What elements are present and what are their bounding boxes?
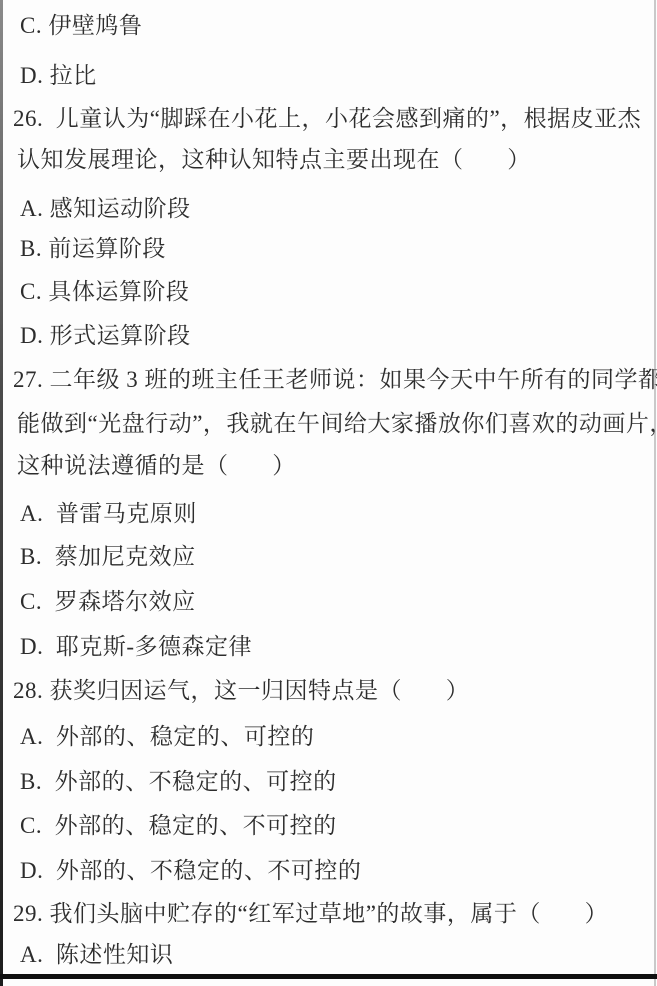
q27-stem-line2: 能做到“光盘行动”，我就在午间给大家播放你们喜欢的动画片，	[17, 410, 657, 437]
q29-option-a: A. 陈述性知识	[20, 941, 173, 968]
q28-stem: 28. 获奖归因运气，这一归因特点是（ ）	[13, 677, 469, 704]
q28-option-b: B. 外部的、不稳定的、可控的	[20, 768, 337, 795]
q27-stem-line1: 27. 二年级 3 班的班主任王老师说：如果今天中午所有的同学都	[13, 366, 657, 393]
prev-question-option-d: D. 拉比	[20, 62, 97, 89]
prev-question-option-c: C. 伊壁鸠鲁	[20, 12, 142, 39]
q26-option-d: D. 形式运算阶段	[20, 322, 191, 349]
q26-option-b: B. 前运算阶段	[20, 235, 166, 262]
scan-left-edge	[0, 0, 3, 986]
q26-stem-line2: 认知发展理论，这种认知特点主要出现在（ ）	[17, 146, 531, 173]
q27-option-a: A. 普雷马克原则	[20, 500, 197, 527]
scan-right-edge	[654, 0, 656, 986]
page-bottom-rule	[0, 974, 657, 979]
q28-option-a: A. 外部的、稳定的、可控的	[20, 723, 314, 750]
q28-option-d: D. 外部的、不稳定的、不可控的	[20, 857, 361, 884]
q27-option-c: C. 罗森塔尔效应	[20, 588, 196, 615]
q26-option-a: A. 感知运动阶段	[20, 195, 191, 222]
scanned-exam-page: C. 伊壁鸠鲁 D. 拉比 26. 儿童认为“脚踩在小花上，小花会感到痛的”，根…	[0, 0, 657, 986]
q26-stem-line1: 26. 儿童认为“脚踩在小花上，小花会感到痛的”，根据皮亚杰	[13, 105, 641, 132]
q27-stem-line3: 这种说法遵循的是（ ）	[17, 452, 296, 479]
q29-stem: 29. 我们头脑中贮存的“红军过草地”的故事，属于（ ）	[13, 900, 608, 927]
q26-option-c: C. 具体运算阶段	[20, 278, 189, 305]
q27-option-d: D. 耶克斯-多德森定律	[20, 633, 252, 660]
q27-option-b: B. 蔡加尼克效应	[20, 543, 196, 570]
q28-option-c: C. 外部的、稳定的、不可控的	[20, 812, 337, 839]
